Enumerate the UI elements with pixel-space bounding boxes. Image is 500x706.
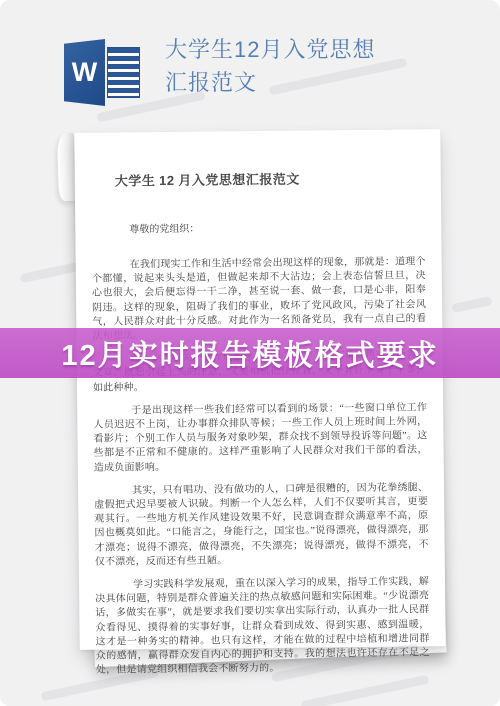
document-paragraph: 其实，只有唱功、没有做功的人，口碑是很糟的，因为花拳绣腿、虚假把式迟早要被人识破… <box>94 481 429 570</box>
word-icon-letter: W <box>72 57 97 88</box>
document-title: 大学生 12 月入党思想汇报范文 <box>115 169 425 189</box>
document-page: 大学生 12 月入党思想汇报范文 尊敬的党组织： 在我们现实工作和生活中经常会出… <box>74 129 445 650</box>
watermark-smudge <box>20 262 81 283</box>
word-icon-flap: W <box>64 39 105 106</box>
document-title-number: 12 <box>159 173 175 188</box>
watermark-smudge <box>300 675 429 706</box>
word-icon-page-lines <box>107 47 140 98</box>
article-cover-card: W 大学生12月入党思想 汇报范文 大学生 12 月入党思想汇报范文 尊敬的党组… <box>0 0 500 706</box>
document-title-pre: 大学生 <box>115 173 159 188</box>
document-paragraph: 学习实践科学发展观，重在以深入学习的成果，指导工作实践，解决具体问题，特别是群众… <box>95 575 430 678</box>
document-paragraph: 于是出现这样一些我们经常可以看到的场景：“一些窗口单位工作人员迟迟不上岗，让办事… <box>93 401 428 476</box>
banner-title-text: 12月实时报告模板格式要求 <box>61 333 438 374</box>
word-document-icon: W <box>64 37 142 109</box>
watermark-smudge <box>452 296 493 313</box>
document-title-post: 月入党思想汇报范文 <box>174 172 299 188</box>
document-content: 大学生 12 月入党思想汇报范文 尊敬的党组织： 在我们现实工作和生活中经常会出… <box>74 129 446 678</box>
title-banner: 12月实时报告模板格式要求 <box>0 328 500 378</box>
header: W 大学生12月入党思想 汇报范文 <box>0 0 500 131</box>
page-curl-edge <box>57 133 76 202</box>
header-title-line1: 大学生12月入党思想 <box>165 33 375 66</box>
document-salutation: 尊敬的党组织： <box>91 220 425 237</box>
